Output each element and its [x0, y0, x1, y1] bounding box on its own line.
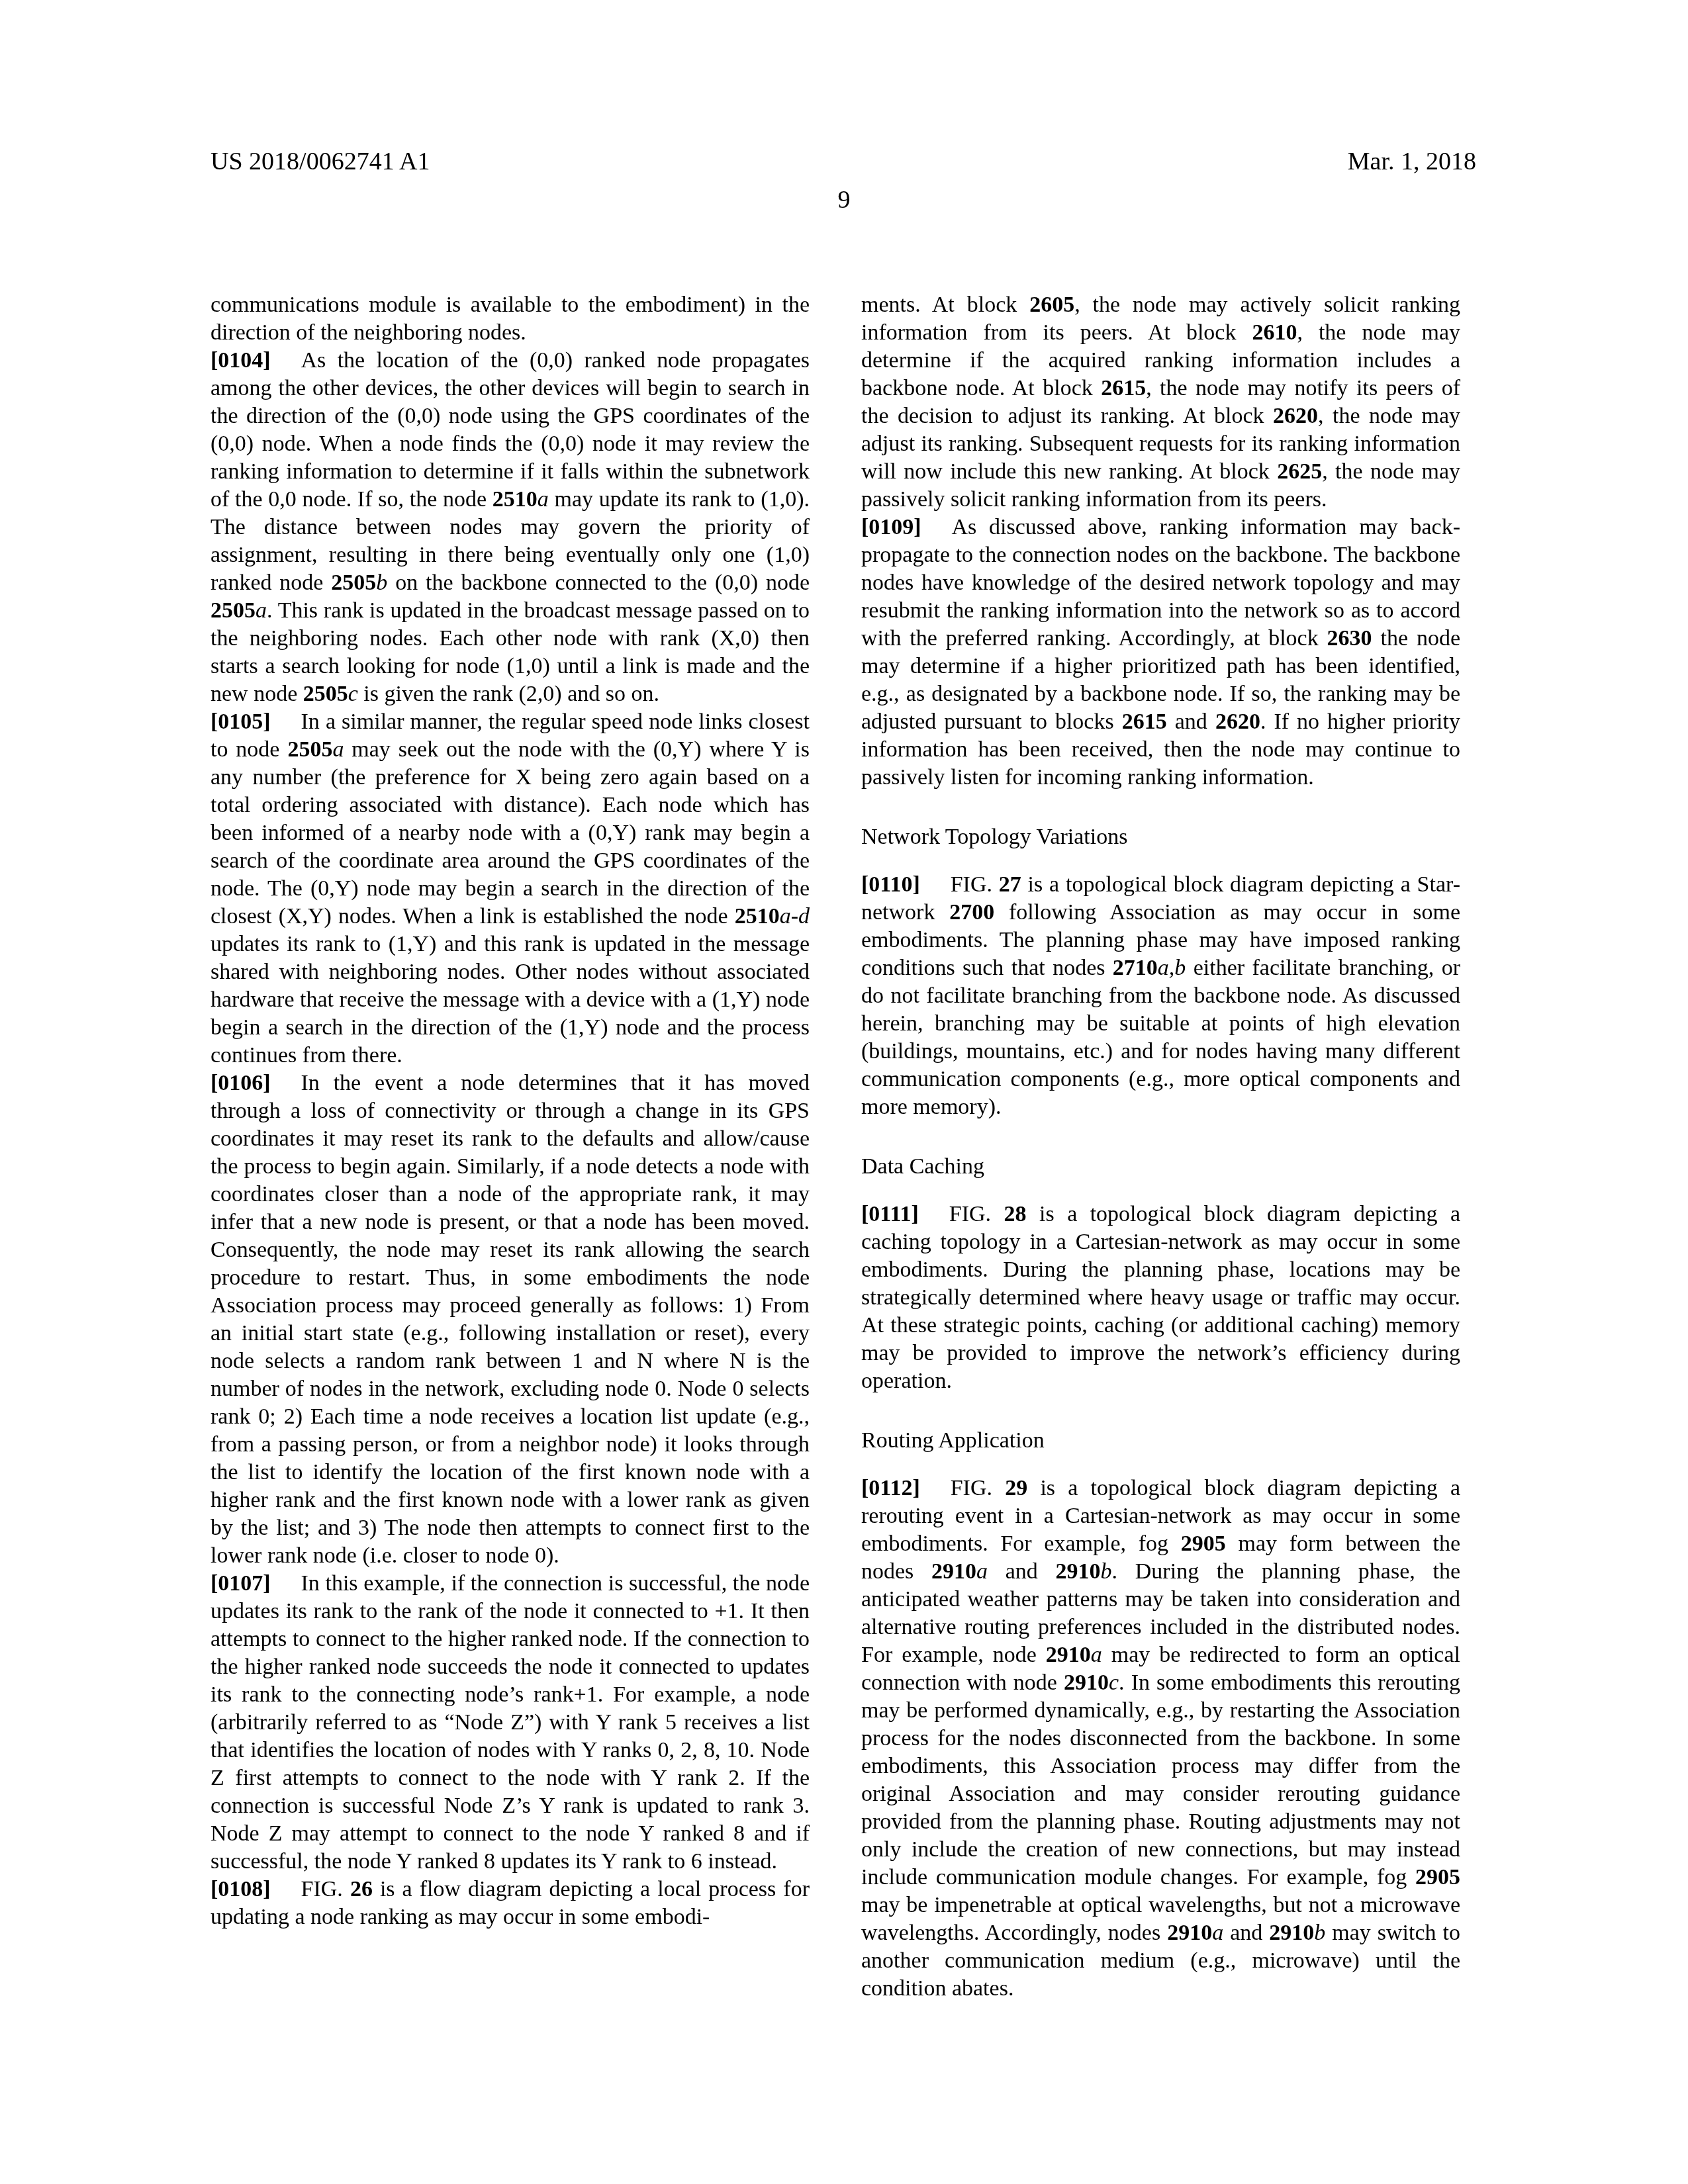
reference-suffix: a,b — [1158, 956, 1186, 980]
paragraph: [0111]FIG. 28 is a topological block dia… — [861, 1201, 1460, 1395]
paragraph: [0105]In a similar manner, the regular s… — [211, 708, 810, 1069]
reference-numeral: 29 — [1005, 1476, 1027, 1500]
publication-date: Mar. 1, 2018 — [1348, 147, 1476, 176]
reference-numeral: 2505 — [211, 598, 256, 623]
reference-suffix: a — [538, 487, 549, 512]
paragraph: [0108]FIG. 26 is a flow diagram depictin… — [211, 1876, 810, 1931]
patent-page: US 2018/0062741 A1 Mar. 1, 2018 9 commun… — [0, 0, 1688, 2184]
paragraph-tag: [0106] — [211, 1071, 271, 1095]
reference-numeral: 2910 — [1167, 1921, 1212, 1945]
reference-numeral: 2510 — [492, 487, 538, 512]
paragraph-tag: [0111] — [861, 1202, 919, 1226]
reference-suffix: b — [1314, 1921, 1325, 1945]
paragraph: [0107]In this example, if the connection… — [211, 1570, 810, 1876]
reference-numeral: 2910 — [1064, 1670, 1109, 1695]
reference-suffix: a-d — [780, 904, 810, 929]
reference-suffix: a — [1212, 1921, 1223, 1945]
section-heading: Routing Application — [861, 1427, 1460, 1455]
paragraph: ments. At block 2605, the node may activ… — [861, 291, 1460, 514]
reference-numeral: 2610 — [1252, 320, 1297, 345]
paragraph-tag: [0108] — [211, 1877, 271, 1901]
column-left: communications module is available to th… — [211, 291, 810, 2003]
patent-number: US 2018/0062741 A1 — [211, 147, 430, 176]
reference-suffix: a — [332, 737, 344, 762]
reference-numeral: 2510 — [735, 904, 780, 929]
section-heading: Network Topology Variations — [861, 823, 1460, 851]
reference-numeral: 2615 — [1101, 376, 1146, 400]
paragraph: [0112]FIG. 29 is a topological block dia… — [861, 1475, 1460, 2003]
reference-suffix: a — [1091, 1643, 1102, 1667]
paragraph: [0106]In the event a node determines tha… — [211, 1069, 810, 1570]
reference-numeral: 28 — [1004, 1202, 1027, 1226]
reference-numeral: 2620 — [1273, 404, 1318, 428]
text-columns: communications module is available to th… — [211, 291, 1460, 2003]
reference-numeral: 2700 — [949, 900, 994, 925]
paragraph-tag: [0107] — [211, 1571, 271, 1596]
reference-suffix: b — [1101, 1559, 1112, 1584]
paragraph: [0109]As discussed above, ranking inform… — [861, 514, 1460, 792]
reference-suffix: c — [1109, 1670, 1119, 1695]
paragraph-tag: [0109] — [861, 515, 921, 539]
paragraph: [0104]As the location of the (0,0) ranke… — [211, 347, 810, 708]
reference-numeral: 2625 — [1277, 459, 1322, 484]
reference-numeral: 2910 — [931, 1559, 976, 1584]
reference-numeral: 2710 — [1113, 956, 1158, 980]
reference-numeral: 2620 — [1215, 709, 1260, 734]
paragraph-tag: [0112] — [861, 1476, 920, 1500]
reference-numeral: 26 — [350, 1877, 373, 1901]
reference-numeral: 2910 — [1046, 1643, 1091, 1667]
page-number: 9 — [0, 185, 1688, 214]
reference-numeral: 2905 — [1181, 1531, 1226, 1556]
reference-numeral: 2505 — [303, 682, 348, 706]
paragraph: communications module is available to th… — [211, 291, 810, 347]
reference-numeral: 27 — [999, 872, 1021, 897]
paragraph-tag: [0105] — [211, 709, 271, 734]
reference-numeral: 2605 — [1029, 293, 1074, 317]
column-right: ments. At block 2605, the node may activ… — [861, 291, 1460, 2003]
reference-numeral: 2505 — [331, 570, 376, 595]
page-header: US 2018/0062741 A1 Mar. 1, 2018 — [211, 147, 1476, 176]
reference-numeral: 2910 — [1056, 1559, 1101, 1584]
paragraph-tag: [0110] — [861, 872, 920, 897]
paragraph-tag: [0104] — [211, 348, 271, 373]
reference-suffix: a — [976, 1559, 988, 1584]
section-heading: Data Caching — [861, 1153, 1460, 1181]
reference-suffix: b — [376, 570, 387, 595]
paragraph: [0110]FIG. 27 is a topological block dia… — [861, 871, 1460, 1121]
reference-numeral: 2905 — [1415, 1865, 1460, 1889]
reference-numeral: 2630 — [1327, 626, 1372, 651]
reference-numeral: 2505 — [287, 737, 332, 762]
reference-numeral: 2910 — [1269, 1921, 1314, 1945]
reference-numeral: 2615 — [1122, 709, 1167, 734]
reference-suffix: a — [256, 598, 267, 623]
reference-suffix: c — [348, 682, 358, 706]
